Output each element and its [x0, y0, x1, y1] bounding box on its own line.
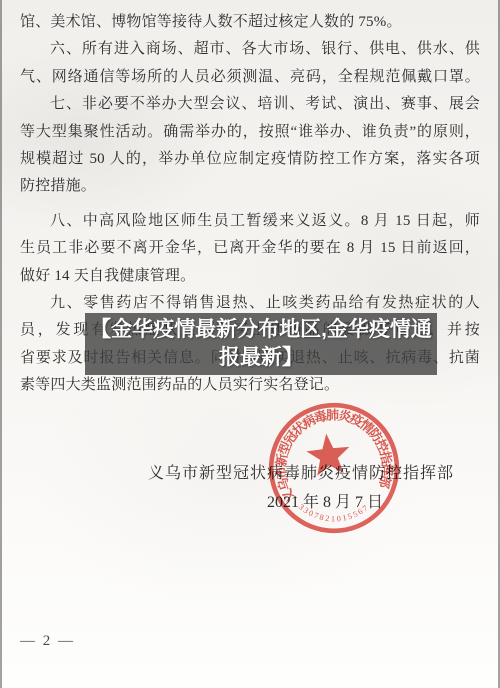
document-line: 六、所有进入商场、超市、各大市场、银行、供电、供水、供 [20, 36, 480, 63]
document-line: 做好 14 天自我健康管理。 [20, 263, 480, 290]
official-seal: 义乌市新型冠状病毒肺炎疫情防控指挥部 3307821015567 [258, 393, 409, 543]
overlay-banner-line2: 报最新】 [85, 344, 437, 372]
document-line: 七、非必要不举办大型会议、培训、考试、演出、赛事、展会 [20, 91, 480, 118]
document-line: 气、网络通信等场所的人员必须测温、亮码，全程规范佩戴口罩。 [20, 64, 480, 91]
overlay-banner: 【金华疫情最新分布地区,金华疫情通 报最新】 [85, 313, 437, 375]
document-line: 八、中高风险地区师生员工暂缓来义返义。8 月 15 日起，师 [20, 208, 480, 235]
star-icon [305, 431, 352, 476]
document-line: 防控措施。 [20, 173, 480, 200]
document-line: 生员工非必要不离开金华，已离开金华的要在 8 月 15 日前返回， [20, 235, 480, 262]
overlay-banner-line1: 【金华疫情最新分布地区,金华疫情通 [85, 316, 437, 344]
page-edge-left [0, 0, 2, 688]
document-page: 馆、美术馆、博物馆等接待人数不超过核定人数的 75%。 六、所有进入商场、超市、… [0, 0, 500, 688]
page-number: — 2 — [20, 633, 75, 650]
document-line: 等大型集聚性活动。确需举办的，按照“谁举办、谁负责”的原则， [20, 119, 480, 146]
document-line: 馆、美术馆、博物馆等接待人数不超过核定人数的 75%。 [20, 9, 480, 36]
document-line: 素等四大类监测范围药品的人员实行实名登记。 [20, 372, 480, 399]
document-line: 规模超过 50 人的，举办单位应制定疫情防控工作方案，落实各项 [20, 146, 480, 173]
